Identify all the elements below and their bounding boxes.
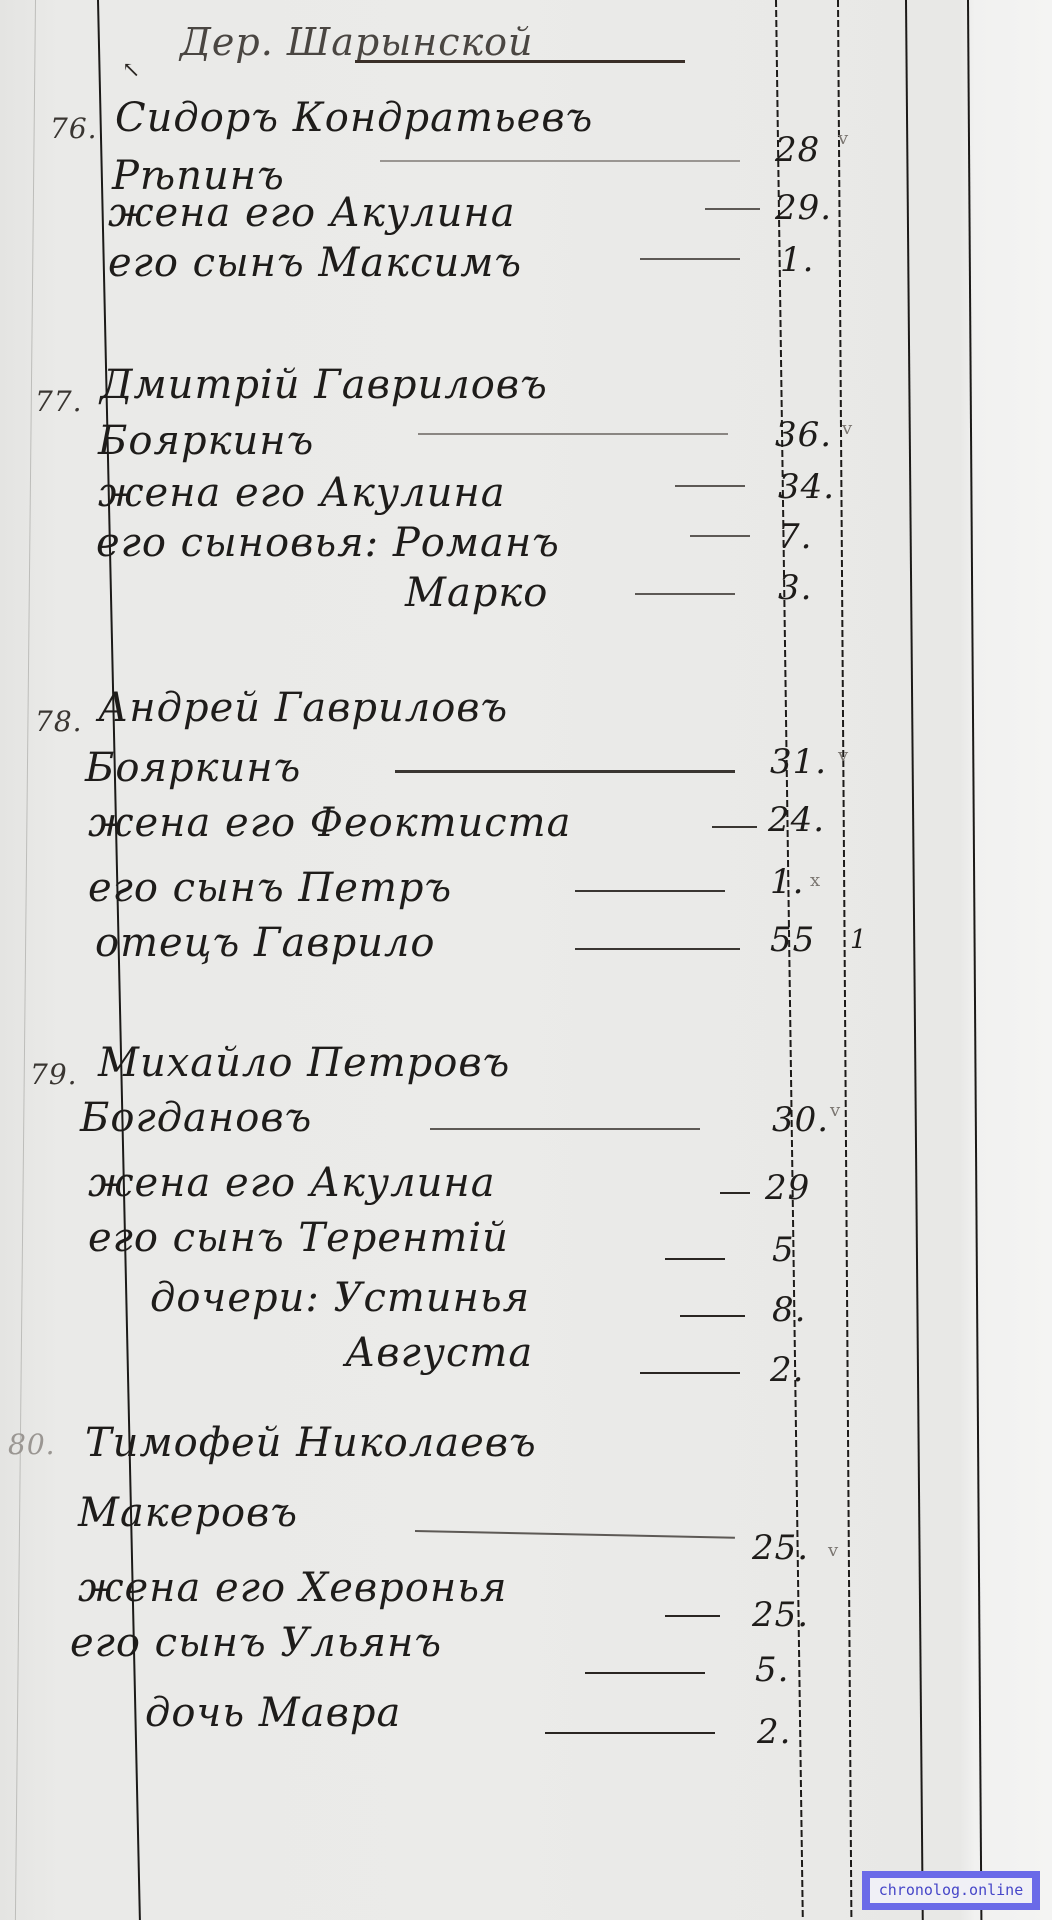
age-value: 30. (772, 1100, 829, 1140)
entry-line: отецъ Гаврило (95, 920, 436, 966)
entry-line: Михайло Петровъ (98, 1040, 510, 1086)
age-value: 29. (775, 188, 832, 228)
age-value: 29 (765, 1168, 810, 1208)
entry-line: его сынъ Ульянъ (70, 1620, 442, 1666)
fill-line (415, 1530, 735, 1539)
fill-line (635, 593, 735, 595)
fill-line (720, 1192, 750, 1194)
entry-line: Макеровъ (78, 1490, 298, 1536)
village-header: Дер. Шарынской (180, 20, 534, 64)
age-value: 3. (778, 568, 812, 608)
fill-line (575, 948, 740, 950)
entry-line: его сынъ Максимъ (108, 240, 522, 286)
fill-line (575, 890, 725, 892)
age-value: 5. (755, 1650, 789, 1690)
entry-line: дочь Мавра (145, 1690, 401, 1736)
fill-line (395, 770, 735, 773)
fill-line (690, 535, 750, 537)
fill-line (675, 485, 745, 487)
check-mark: v (828, 1540, 838, 1561)
fill-line (380, 160, 740, 162)
header-underline (355, 60, 685, 63)
entry-line: Бояркинъ (85, 745, 301, 791)
entry-line: его сынъ Петръ (88, 865, 452, 911)
age-value: 2. (770, 1350, 804, 1390)
age-value: 55 (770, 920, 815, 960)
fill-line (430, 1128, 700, 1130)
entry-line: жена его Акулина (88, 1160, 496, 1206)
entry-number: 76. (50, 112, 98, 145)
entry-line: Августа (345, 1330, 533, 1376)
column-rule-4 (967, 0, 982, 1920)
entry-line: дочери: Устинья (150, 1275, 530, 1321)
fill-line (665, 1258, 725, 1260)
entry-number: 78. (35, 705, 83, 738)
entry-line: Марко (405, 570, 548, 616)
entry-number: 77. (35, 385, 83, 418)
check-mark: v (838, 745, 848, 766)
check-mark: x (810, 870, 820, 891)
document-page: Дер. Шарынской ↖ 76. Сидоръ Кондратьевъ … (0, 0, 1052, 1920)
watermark-text: chronolog.online (870, 1878, 1032, 1903)
arrow-mark: ↖ (122, 58, 140, 83)
entry-line: Андрей Гавриловъ (98, 685, 508, 731)
age-value: 1. (780, 240, 814, 280)
fill-line (705, 208, 760, 210)
age-value: 1. (770, 862, 804, 902)
age-value: 7. (778, 517, 812, 557)
age-value: 25. (752, 1595, 809, 1635)
watermark-badge: chronolog.online (862, 1871, 1040, 1910)
entry-line: Сидоръ Кондратьевъ (115, 95, 593, 141)
age-value: 28 (775, 130, 820, 170)
entry-line: Тимофей Николаевъ (85, 1420, 537, 1466)
entry-line: жена его Феоктиста (88, 800, 571, 846)
check-mark: v (838, 128, 848, 149)
fill-line (640, 1372, 740, 1374)
age-value: 5 (772, 1230, 795, 1270)
outer-margin-rule (15, 0, 36, 1920)
entry-line: Дмитрій Гавриловъ (100, 362, 548, 408)
fill-line (418, 433, 728, 435)
fill-line (680, 1315, 745, 1317)
age-value: 8. (772, 1290, 806, 1330)
check-mark: v (830, 1100, 840, 1121)
fill-line (640, 258, 740, 260)
entry-line: его сыновья: Романъ (96, 520, 560, 566)
entry-line: жена его Хевронья (78, 1565, 507, 1611)
mark-column-rule (837, 0, 852, 1920)
age-value: 36. (775, 415, 832, 455)
entry-line: его сынъ Терентій (88, 1215, 509, 1261)
fill-line (665, 1615, 720, 1617)
fill-line (712, 826, 757, 828)
check-mark: v (842, 418, 852, 439)
age-value: 31. (770, 742, 827, 782)
age-value: 34. (778, 467, 835, 507)
entry-number: 80. (8, 1428, 56, 1461)
entry-number: 79. (30, 1058, 78, 1091)
fill-line (585, 1672, 705, 1674)
age-value: 25. (752, 1528, 809, 1568)
age-value: 2. (757, 1712, 791, 1752)
count-value: 1 (850, 925, 868, 955)
age-value: 24. (768, 800, 825, 840)
column-rule-3 (905, 0, 924, 1920)
entry-line: Богдановъ (80, 1095, 312, 1141)
entry-line: жена его Акулина (98, 470, 506, 516)
entry-line: жена его Акулина (108, 190, 516, 236)
fill-line (545, 1732, 715, 1734)
entry-line: Бояркинъ (98, 418, 314, 464)
